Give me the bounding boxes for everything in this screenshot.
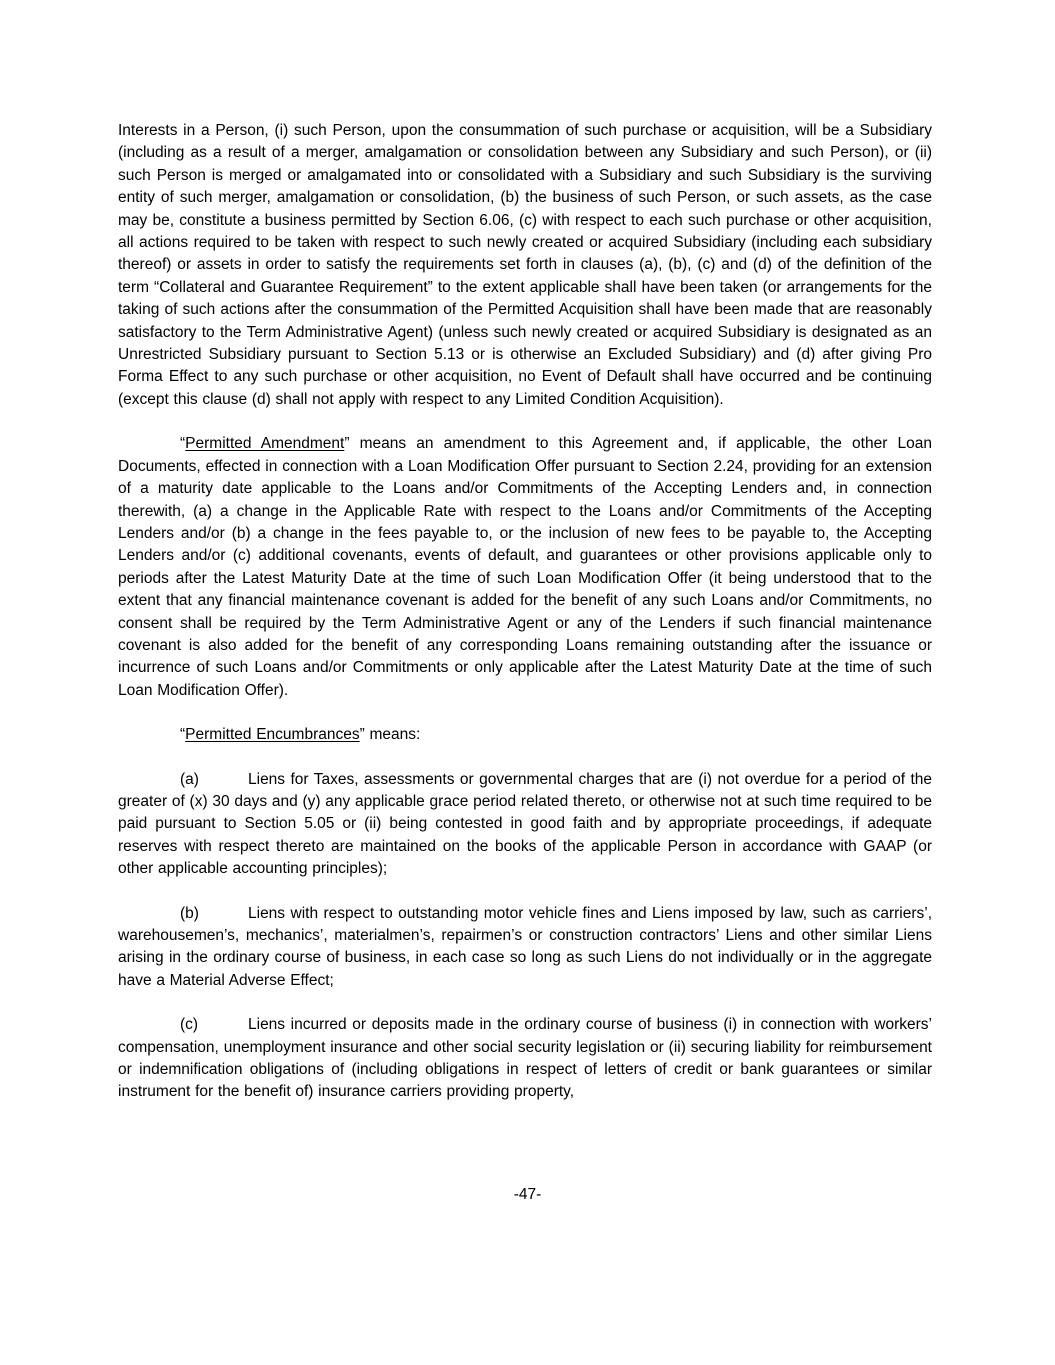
defined-term-permitted-amendment: Permitted Amendment	[185, 435, 344, 452]
clause-c: (c)Liens incurred or deposits made in th…	[118, 1014, 932, 1104]
clause-b-label: (b)	[180, 903, 248, 925]
document-body: Interests in a Person, (i) such Person, …	[118, 120, 932, 1126]
page-number: -47-	[0, 1184, 1055, 1206]
paragraph-text: ” means an amendment to this Agreement a…	[118, 435, 932, 698]
clause-c-label: (c)	[180, 1014, 248, 1036]
defined-term-permitted-encumbrances: Permitted Encumbrances	[185, 726, 359, 743]
paragraph-text: ” means:	[360, 726, 421, 743]
clause-a: (a)Liens for Taxes, assessments or gover…	[118, 769, 932, 881]
paragraph-permitted-amendment: “Permitted Amendment” means an amendment…	[118, 433, 932, 702]
paragraph-text: Interests in a Person, (i) such Person, …	[118, 122, 932, 408]
paragraph-permitted-encumbrances: “Permitted Encumbrances” means:	[118, 724, 932, 746]
clause-b: (b)Liens with respect to outstanding mot…	[118, 903, 932, 993]
clause-a-label: (a)	[180, 769, 248, 791]
paragraph-continuation: Interests in a Person, (i) such Person, …	[118, 120, 932, 411]
document-page: Interests in a Person, (i) such Person, …	[0, 0, 1055, 1365]
